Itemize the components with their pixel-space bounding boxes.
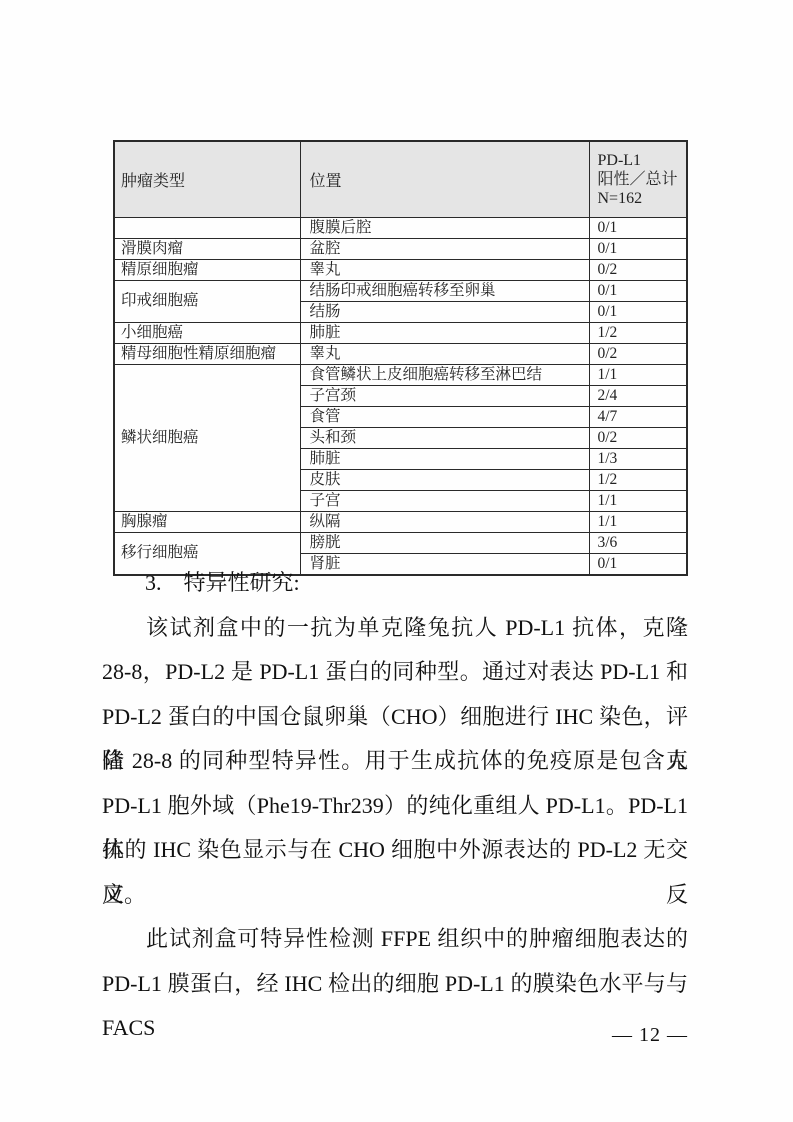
table-row: 腹膜后腔0/1 (114, 217, 687, 238)
location-cell: 盆腔 (300, 238, 589, 259)
tumor-type-cell (114, 217, 300, 238)
pdl1-ratio-cell: 1/3 (589, 448, 687, 469)
section-body: 该试剂盒中的一抗为单克隆兔抗人 PD-L1 抗体，克隆28-8，PD-L2 是 … (102, 606, 688, 1007)
table-row: 移行细胞癌膀胱3/6 (114, 532, 687, 553)
body-text-line: 体的 IHC 染色显示与在 CHO 细胞中外源表达的 PD-L2 无交叉反 (102, 828, 688, 873)
tumor-type-cell: 精原细胞瘤 (114, 259, 300, 280)
tumor-type-cell: 滑膜肉瘤 (114, 238, 300, 259)
table-row: 印戒细胞癌结肠印戒细胞癌转移至卵巢0/1 (114, 280, 687, 301)
body-text-line: PD-L1 胞外域（Phe19-Thr239）的纯化重组人 PD-L1。PD-L… (102, 784, 688, 829)
location-cell: 腹膜后腔 (300, 217, 589, 238)
location-cell: 膀胱 (300, 532, 589, 553)
location-cell: 结肠 (300, 301, 589, 322)
pdl1-ratio-cell: 1/1 (589, 364, 687, 385)
document-page: 肿瘤类型 位置 PD-L1 阳性／总计 N=162 腹膜后腔0/1滑膜肉瘤盆腔0… (0, 0, 793, 1122)
body-text-line: 隆 28-8 的同种型特异性。用于生成抗体的免疫原是包含人 (102, 739, 688, 784)
location-cell: 肺脏 (300, 448, 589, 469)
location-cell: 肺脏 (300, 322, 589, 343)
table-row: 小细胞癌肺脏1/2 (114, 322, 687, 343)
pdl1-ratio-cell: 3/6 (589, 532, 687, 553)
pdl1-ratio-cell: 1/1 (589, 490, 687, 511)
table-row: 胸腺瘤纵隔1/1 (114, 511, 687, 532)
location-cell: 睾丸 (300, 343, 589, 364)
body-text-line: 此试剂盒可特异性检测 FFPE 组织中的肿瘤细胞表达的 (102, 917, 688, 962)
page-number: — 12 — (598, 1022, 702, 1048)
location-cell: 睾丸 (300, 259, 589, 280)
pdl1-ratio-cell: 1/1 (589, 511, 687, 532)
location-cell: 子宫颈 (300, 385, 589, 406)
pdl1-ratio-cell: 0/1 (589, 238, 687, 259)
table-header-row: 肿瘤类型 位置 PD-L1 阳性／总计 N=162 (114, 141, 687, 217)
tumor-type-cell: 印戒细胞癌 (114, 280, 300, 322)
col-header-location: 位置 (300, 141, 589, 217)
location-cell: 头和颈 (300, 427, 589, 448)
tumor-type-cell: 胸腺瘤 (114, 511, 300, 532)
pdl1-header-line-3: N=162 (598, 189, 687, 208)
table-row: 鳞状细胞癌食管鳞状上皮细胞癌转移至淋巴结1/1 (114, 364, 687, 385)
pdl1-ratio-cell: 2/4 (589, 385, 687, 406)
location-cell: 食管鳞状上皮细胞癌转移至淋巴结 (300, 364, 589, 385)
pdl1-ratio-cell: 0/2 (589, 259, 687, 280)
pdl1-header-line-1: PD-L1 (598, 151, 687, 170)
tumor-type-cell: 鳞状细胞癌 (114, 364, 300, 511)
table-row: 精原细胞瘤睾丸0/2 (114, 259, 687, 280)
location-cell: 结肠印戒细胞癌转移至卵巢 (300, 280, 589, 301)
col-header-tumor-type: 肿瘤类型 (114, 141, 300, 217)
pdl1-ratio-cell: 0/1 (589, 217, 687, 238)
page-number-label: — 12 — (612, 1024, 688, 1046)
location-cell: 子宫 (300, 490, 589, 511)
section-heading: 3. 特异性研究: (145, 561, 688, 606)
location-cell: 皮肤 (300, 469, 589, 490)
specificity-section: 3. 特异性研究: 该试剂盒中的一抗为单克隆兔抗人 PD-L1 抗体，克隆28-… (102, 561, 688, 1006)
tumor-type-cell: 小细胞癌 (114, 322, 300, 343)
pdl1-ratio-cell: 0/2 (589, 427, 687, 448)
pdl1-results-table: 肿瘤类型 位置 PD-L1 阳性／总计 N=162 腹膜后腔0/1滑膜肉瘤盆腔0… (113, 140, 688, 576)
tumor-type-cell: 精母细胞性精原细胞瘤 (114, 343, 300, 364)
table-row: 精母细胞性精原细胞瘤睾丸0/2 (114, 343, 687, 364)
location-cell: 纵隔 (300, 511, 589, 532)
body-text-line: 28-8，PD-L2 是 PD-L1 蛋白的同种型。通过对表达 PD-L1 和 (102, 650, 688, 695)
pdl1-header-line-2: 阳性／总计 (598, 170, 687, 189)
pdl1-ratio-cell: 0/2 (589, 343, 687, 364)
location-cell: 食管 (300, 406, 589, 427)
table-row: 滑膜肉瘤盆腔0/1 (114, 238, 687, 259)
pdl1-ratio-cell: 1/2 (589, 469, 687, 490)
pdl1-ratio-cell: 4/7 (589, 406, 687, 427)
body-text-line: PD-L1 膜蛋白，经 IHC 检出的细胞 PD-L1 的膜染色水平与与 FAC… (102, 962, 688, 1007)
body-text-line: PD-L2 蛋白的中国仓鼠卵巢（CHO）细胞进行 IHC 染色，评估克 (102, 695, 688, 740)
body-text-line: 该试剂盒中的一抗为单克隆兔抗人 PD-L1 抗体，克隆 (102, 606, 688, 651)
col-header-pdl1-positive-total: PD-L1 阳性／总计 N=162 (589, 141, 687, 217)
pdl1-ratio-cell: 0/1 (589, 301, 687, 322)
pdl1-ratio-cell: 0/1 (589, 280, 687, 301)
pdl1-ratio-cell: 1/2 (589, 322, 687, 343)
